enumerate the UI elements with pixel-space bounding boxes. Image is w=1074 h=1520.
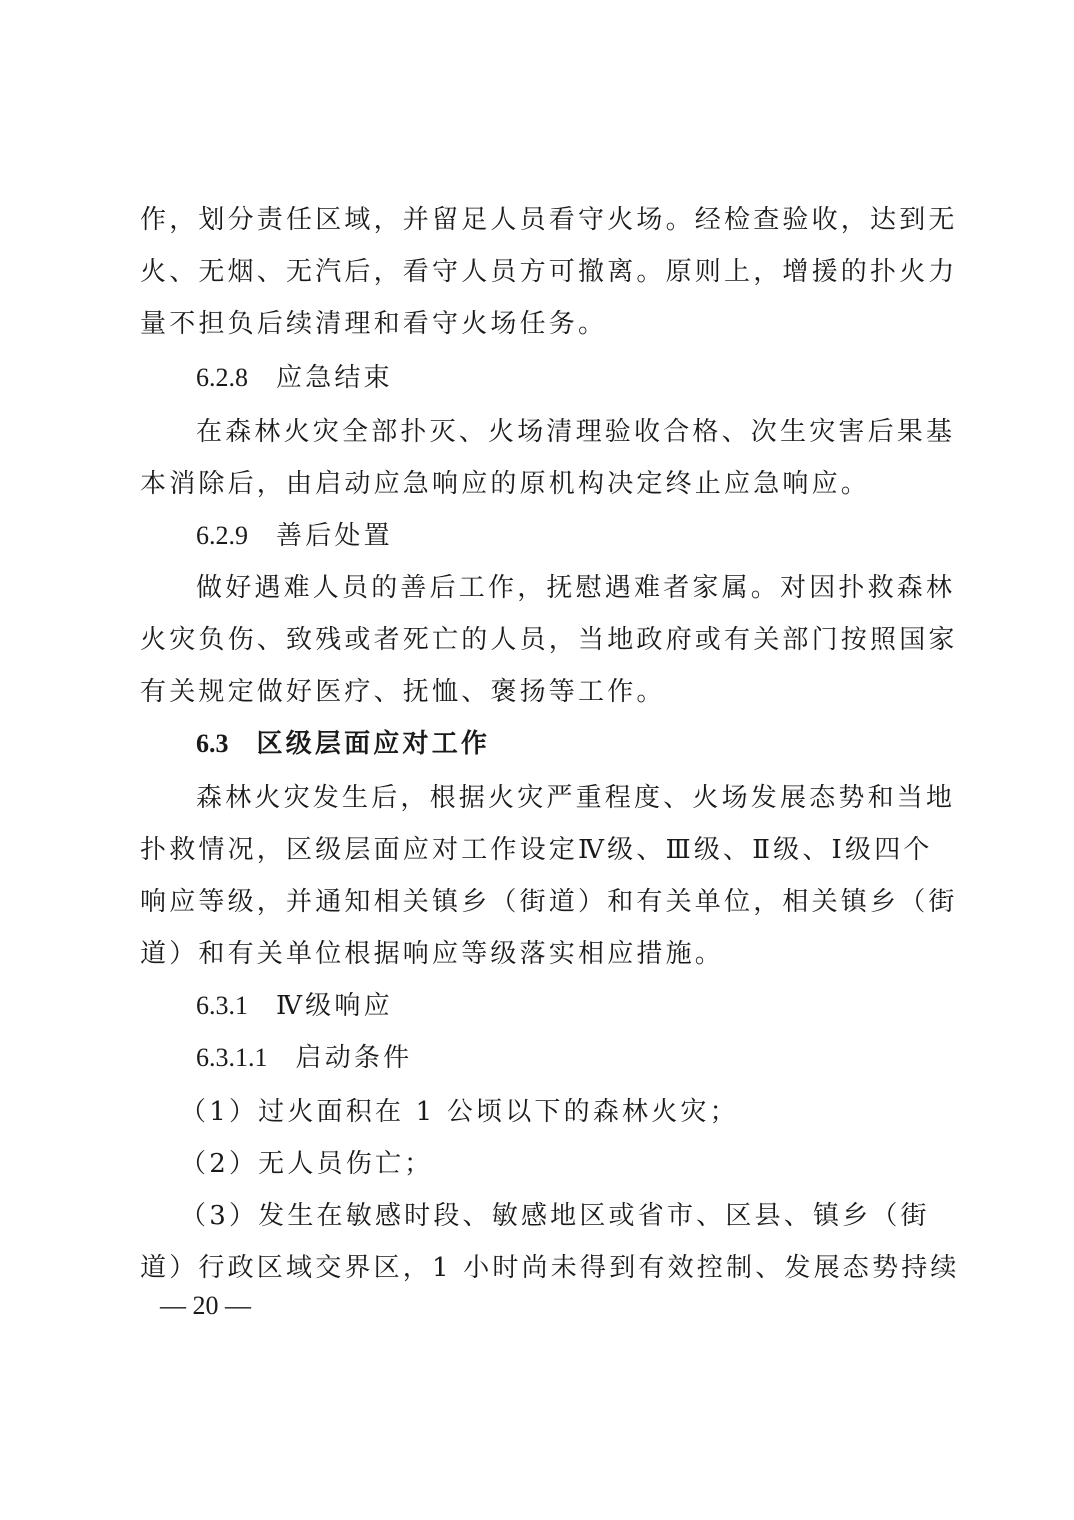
body-text-line: 作，划分责任区域，并留足人员看守火场。经检查验收，达到无 xyxy=(140,204,940,236)
body-text-line: 道）行政区域交界区，1 小时尚未得到有效控制、发展态势持续 xyxy=(140,1252,940,1284)
section-heading-6-3-1-1: 6.3.1.1启动条件 xyxy=(196,1042,940,1074)
body-text-line: 火、无烟、无汽后，看守人员方可撤离。原则上，增援的扑火力 xyxy=(140,256,940,288)
section-title: 启动条件 xyxy=(296,1043,413,1073)
body-text-line: 道）和有关单位根据响应等级落实相应措施。 xyxy=(140,938,940,970)
section-heading-6-3: 6.3区级层面应对工作 xyxy=(196,728,940,760)
body-text-line: 响应等级，并通知相关镇乡（街道）和有关单位，相关镇乡（街 xyxy=(140,886,940,918)
section-number: 6.3 xyxy=(196,729,229,758)
condition-item: （1）过火面积在 1 公顷以下的森林火灾； xyxy=(180,1096,924,1128)
body-text-line: 扑救情况，区级层面应对工作设定Ⅳ级、Ⅲ级、Ⅱ级、Ⅰ级四个 xyxy=(140,834,940,866)
section-number: 6.3.1.1 xyxy=(196,1043,268,1072)
section-heading-6-2-8: 6.2.8应急结束 xyxy=(196,362,940,394)
section-number: 6.2.8 xyxy=(196,363,248,392)
body-text-line: 本消除后，由启动应急响应的原机构决定终止应急响应。 xyxy=(140,468,940,500)
section-title: Ⅳ级响应 xyxy=(276,991,393,1021)
body-text-line: 在森林火灾全部扑灭、火场清理验收合格、次生灾害后果基 xyxy=(196,416,940,448)
section-heading-6-2-9: 6.2.9善后处置 xyxy=(196,520,940,552)
body-text-line: 有关规定做好医疗、抚恤、褒扬等工作。 xyxy=(140,676,940,708)
section-number: 6.2.9 xyxy=(196,521,248,550)
page-number: — 20 — xyxy=(160,1290,251,1322)
body-text-line: 做好遇难人员的善后工作，抚慰遇难者家属。对因扑救森林 xyxy=(196,572,940,604)
body-text-line: 森林火灾发生后，根据火灾严重程度、火场发展态势和当地 xyxy=(196,782,940,814)
section-title: 善后处置 xyxy=(276,521,393,551)
condition-item: （3）发生在敏感时段、敏感地区或省市、区县、镇乡（街 xyxy=(180,1200,924,1232)
section-number: 6.3.1 xyxy=(196,991,248,1020)
section-heading-6-3-1: 6.3.1Ⅳ级响应 xyxy=(196,990,940,1022)
section-title: 应急结束 xyxy=(276,363,393,393)
condition-item: （2）无人员伤亡； xyxy=(180,1148,924,1180)
body-text-line: 量不担负后续清理和看守火场任务。 xyxy=(140,308,940,340)
section-title: 区级层面应对工作 xyxy=(257,729,491,759)
body-text-line: 火灾负伤、致残或者死亡的人员，当地政府或有关部门按照国家 xyxy=(140,624,940,656)
document-page: 作，划分责任区域，并留足人员看守火场。经检查验收，达到无 火、无烟、无汽后，看守… xyxy=(0,0,1074,1520)
